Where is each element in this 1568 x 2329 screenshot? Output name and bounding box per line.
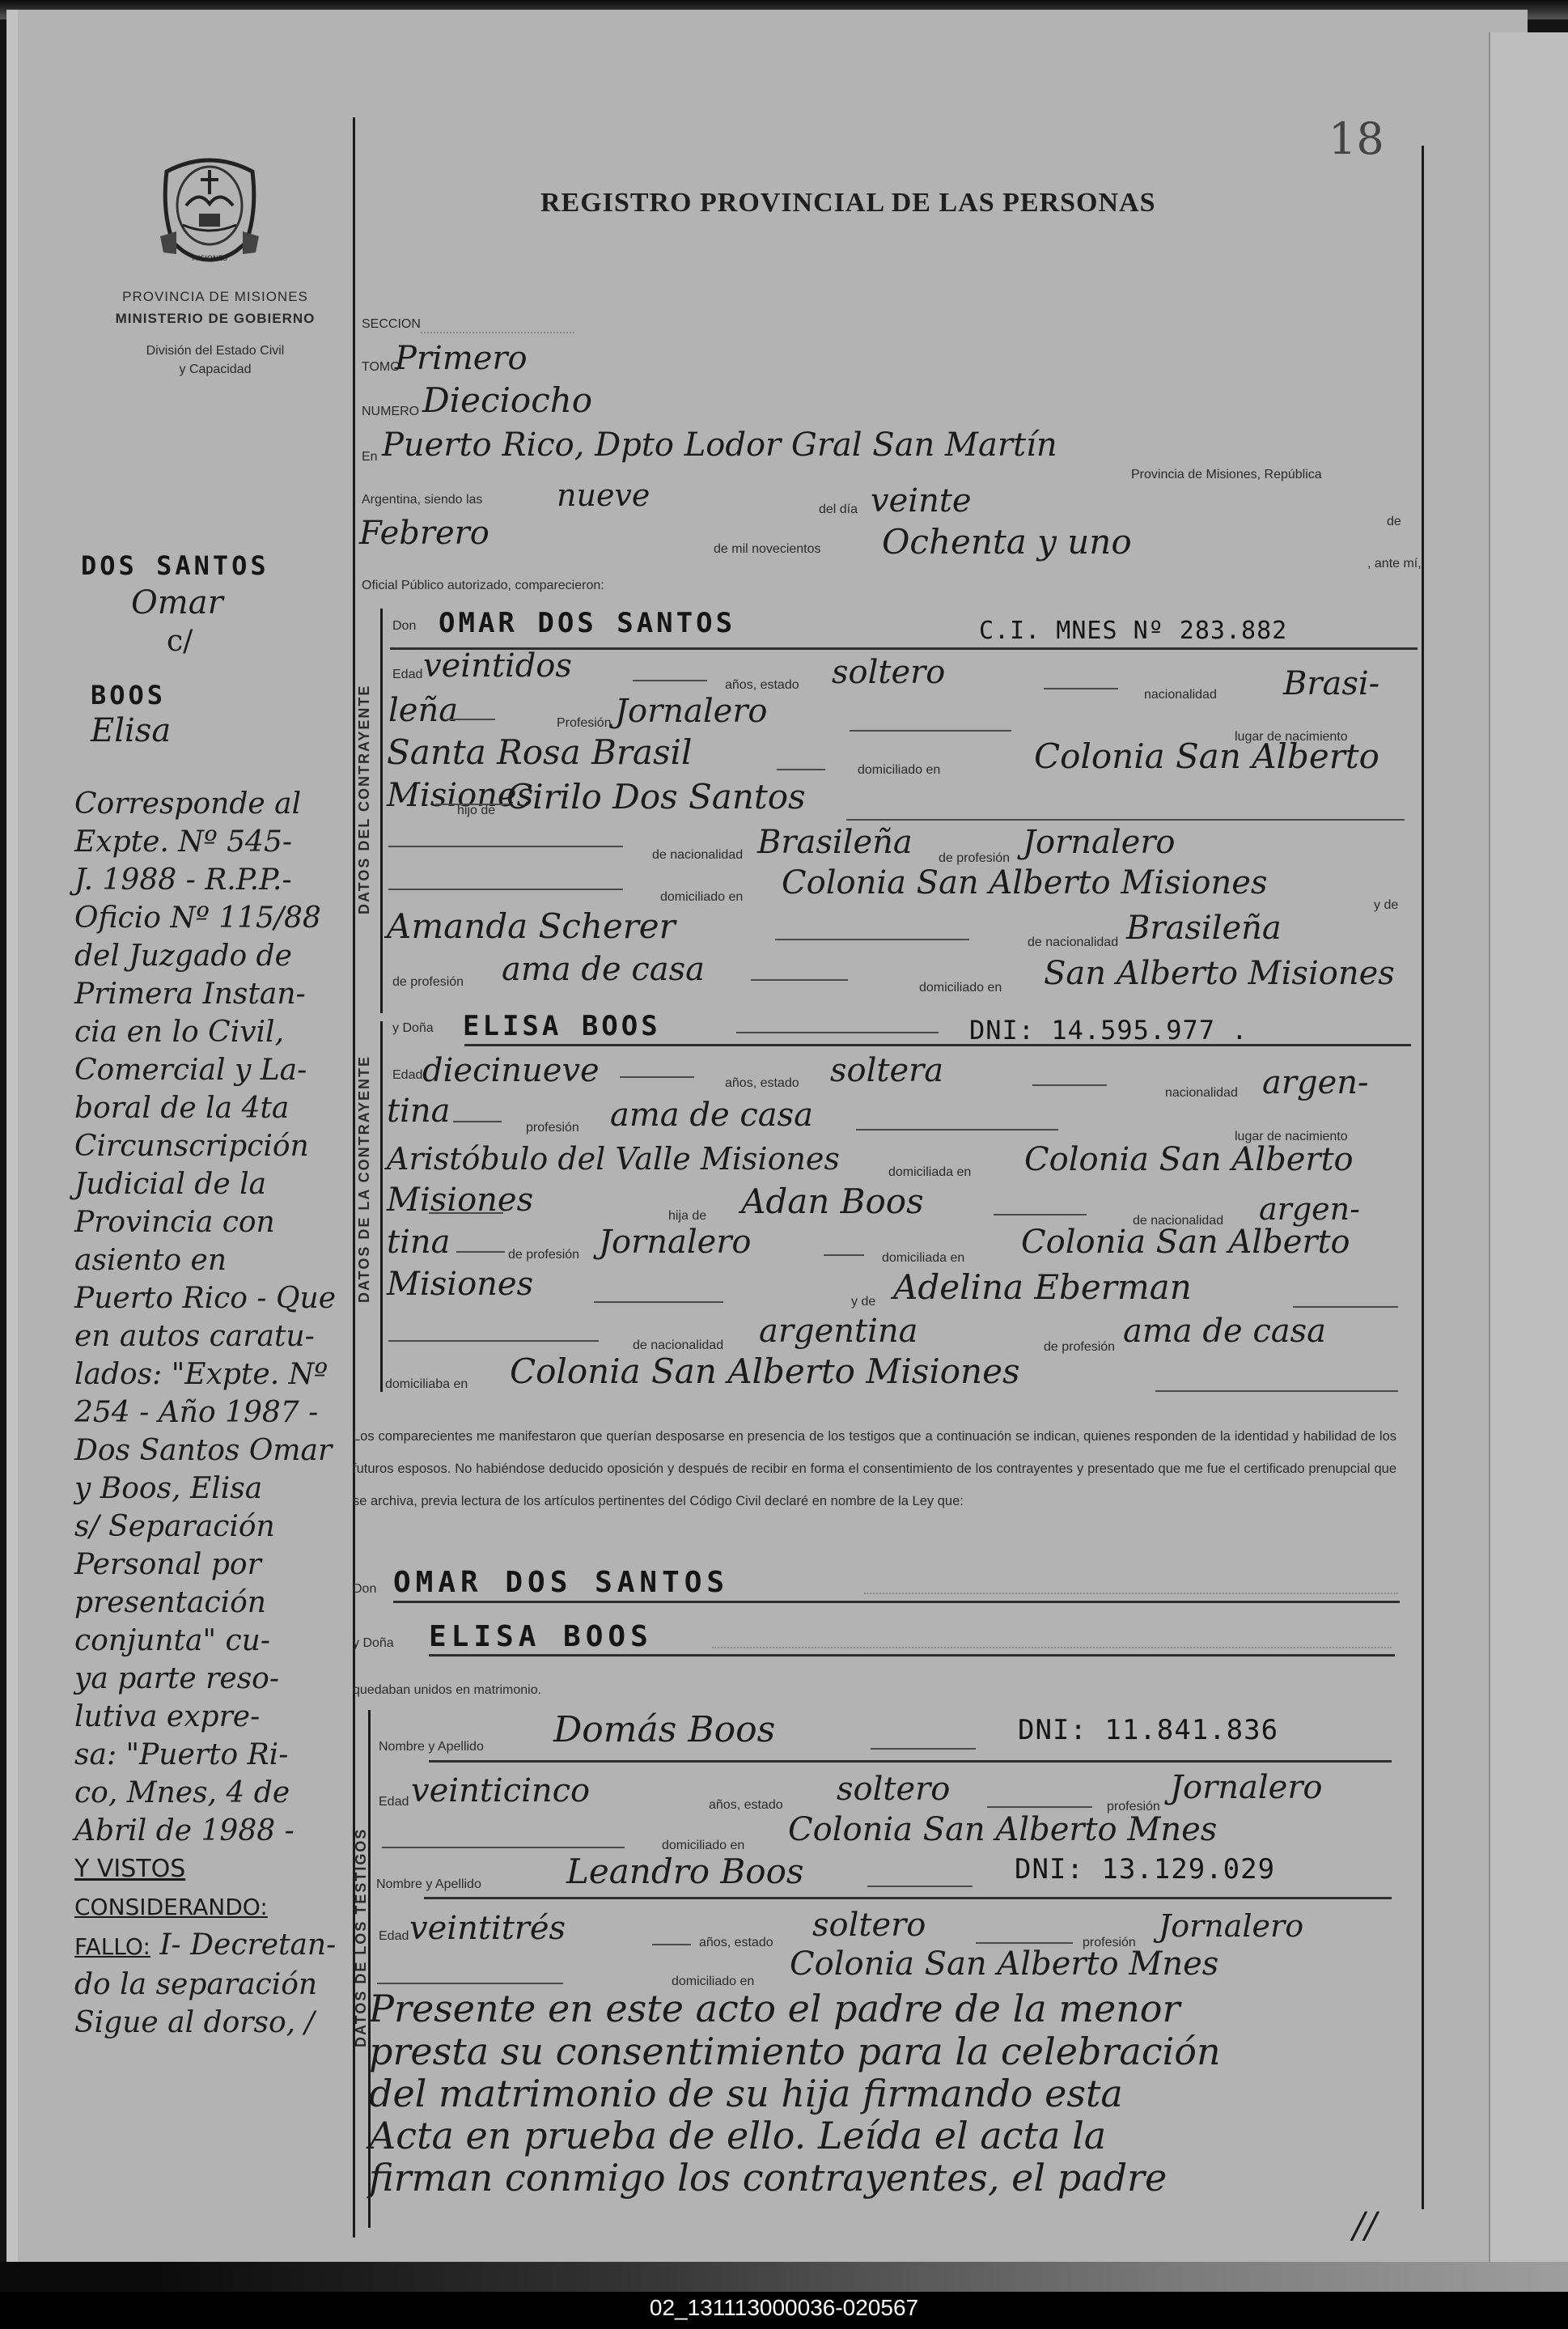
groom-section-label: DATOS DEL CONTRAYENTE bbox=[356, 685, 373, 914]
bride-profession: ama de casa bbox=[610, 1097, 813, 1134]
witness1-id: DNI: 11.841.836 bbox=[1018, 1714, 1278, 1746]
place-value: Puerto Rico, Dpto Lodor Gral San Martín bbox=[382, 426, 1057, 464]
bride-y-de-label: y de bbox=[851, 1295, 875, 1309]
witness1-anos-estado-label: años, estado bbox=[709, 1798, 783, 1813]
witness1-domicile: Colonia San Alberto Mnes bbox=[788, 1811, 1217, 1848]
margin-given-2: Elisa bbox=[91, 712, 171, 749]
bride-name-rule bbox=[464, 1044, 1411, 1046]
bride-hija-label: hija de bbox=[668, 1209, 706, 1224]
bride-father-dom-label: domiciliada en bbox=[882, 1251, 964, 1266]
witness1-name-rule bbox=[429, 1760, 1392, 1763]
en-label: En bbox=[362, 450, 378, 465]
bride-civil-status: soltera bbox=[830, 1052, 943, 1089]
adjacent-sheet-edge bbox=[1489, 32, 1568, 2266]
witness2-civil-status: soltero bbox=[812, 1907, 926, 1944]
svg-text:MISIONES: MISIONES bbox=[192, 255, 227, 263]
witness1-profession: Jornalero bbox=[1170, 1769, 1323, 1806]
groom-nationality-2: leña bbox=[388, 692, 458, 729]
groom-mother-dom-label: domiciliado en bbox=[919, 981, 1002, 995]
bride-id: DNI: 14.595.977 . bbox=[969, 1015, 1248, 1046]
margin-line: Dos Santos Omar bbox=[74, 1432, 341, 1470]
groom-don-label: Don bbox=[392, 619, 416, 634]
year-value: Ochenta y uno bbox=[882, 522, 1132, 562]
groom-mother-nationality: Brasileña bbox=[1126, 910, 1282, 947]
bride-father-profession: Jornalero bbox=[599, 1224, 752, 1261]
decl-closing: quedaban unidos en matrimonio. bbox=[353, 1683, 541, 1698]
witness2-dom-lead bbox=[377, 1983, 563, 1984]
bride-father-nat-1: argen- bbox=[1259, 1191, 1360, 1227]
bride-anos-estado-label: años, estado bbox=[725, 1076, 799, 1091]
bride-domicile-1: Colonia San Alberto bbox=[1024, 1141, 1354, 1178]
margin-surname-1: DOS SANTOS bbox=[81, 550, 269, 581]
witness2-name: Leandro Boos bbox=[566, 1852, 803, 1891]
margin-line: conjunta" cu- bbox=[74, 1622, 341, 1660]
margin-line: Puerto Rico - Que bbox=[74, 1279, 341, 1317]
division-line-1: División del Estado Civil bbox=[78, 344, 353, 358]
groom-father-name: Cirilo Dos Santos bbox=[506, 777, 806, 817]
witness1-name-dash bbox=[871, 1748, 976, 1750]
groom-id: C.I. MNES Nº 283.882 bbox=[979, 617, 1287, 645]
groom-mother-dash bbox=[775, 939, 969, 940]
margin-line: Comercial y La- bbox=[74, 1051, 341, 1089]
argentina-text: Argentina, siendo las bbox=[362, 493, 482, 507]
seccion-field bbox=[421, 332, 574, 333]
margin-line: do la separación bbox=[74, 1966, 341, 2004]
bride-mother-domicile: Colonia San Alberto Misiones bbox=[510, 1351, 1020, 1391]
decl-dona-label: y Doña bbox=[353, 1636, 394, 1651]
witness2-domicile: Colonia San Alberto Mnes bbox=[790, 1945, 1218, 1983]
bride-section-line bbox=[380, 1021, 383, 1392]
groom-prof-dash bbox=[850, 730, 1011, 732]
year-prefix: de mil novecientos bbox=[714, 542, 821, 557]
witness2-edad-label: Edad bbox=[379, 1929, 409, 1944]
witness2-name-dash bbox=[867, 1886, 973, 1887]
numero-value: Dieciocho bbox=[422, 380, 592, 420]
ante-mi: , ante mí, bbox=[1367, 557, 1422, 571]
bride-father-prof-dash bbox=[824, 1254, 864, 1256]
witness2-age-dash bbox=[652, 1944, 691, 1945]
groom-mother-profession: ama de casa bbox=[502, 951, 705, 988]
margin-fallo: FALLO: bbox=[74, 1933, 150, 1960]
bride-nationality-1: argen- bbox=[1262, 1064, 1369, 1101]
margin-line: ya parte reso- bbox=[74, 1660, 341, 1698]
groom-name: OMAR DOS SANTOS bbox=[439, 607, 735, 639]
margin-line: Personal por bbox=[74, 1546, 341, 1584]
witness1-nombre-label: Nombre y Apellido bbox=[379, 1740, 484, 1754]
bride-mother-nationality: argentina bbox=[759, 1313, 917, 1350]
groom-hijo-label: hijo de bbox=[457, 804, 495, 818]
groom-age: veintidos bbox=[423, 647, 572, 685]
month-value: Febrero bbox=[359, 515, 489, 552]
note-line-5: firman conmigo los contrayentes, el padr… bbox=[369, 2156, 1167, 2200]
margin-line: Primera Instan- bbox=[74, 975, 341, 1013]
margin-vistos: Y VISTOS bbox=[74, 1850, 341, 1888]
witness2-age: veintitrés bbox=[409, 1910, 566, 1947]
note-continuation-mark: // bbox=[1353, 2205, 1377, 2246]
witness1-dom-lead bbox=[382, 1847, 625, 1848]
bride-nationality-2: tina bbox=[387, 1092, 450, 1130]
province-text: Provincia de Misiones, República bbox=[1131, 468, 1322, 482]
decl-bride-dots bbox=[712, 1647, 1392, 1648]
margin-considerando: CONSIDERANDO: bbox=[74, 1888, 341, 1926]
groom-profession: Jornalero bbox=[615, 693, 768, 730]
bride-age-dash bbox=[620, 1076, 694, 1078]
decl-don-label: Don bbox=[353, 1582, 376, 1597]
groom-birthplace: Santa Rosa Brasil bbox=[387, 732, 692, 772]
groom-civil-status: soltero bbox=[832, 654, 945, 691]
groom-anos-estado-label: años, estado bbox=[725, 678, 799, 693]
division-line-2: y Capacidad bbox=[78, 363, 353, 377]
page-number: 18 bbox=[1329, 113, 1384, 164]
groom-nat-dash bbox=[447, 719, 495, 720]
bride-father-dom-dash bbox=[594, 1301, 723, 1303]
groom-father-dom-label: domiciliado en bbox=[660, 890, 743, 905]
witness1-edad-label: Edad bbox=[379, 1795, 409, 1809]
margin-annotation: Corresponde al Expte. Nº 545- J. 1988 - … bbox=[74, 785, 341, 2042]
margin-line: asiento en bbox=[74, 1241, 341, 1279]
decl-groom-name: OMAR DOS SANTOS bbox=[393, 1566, 729, 1599]
scan-bottom-shadow bbox=[0, 2262, 1568, 2294]
margin-line: Corresponde al bbox=[74, 785, 341, 823]
bride-domiciliaba-label: domiciliaba en bbox=[385, 1377, 468, 1392]
margin-line: cia en lo Civil, bbox=[74, 1013, 341, 1051]
margin-surname-2: BOOS bbox=[91, 680, 166, 711]
oficial-text: Oficial Público autorizado, compareciero… bbox=[362, 579, 604, 593]
scan-identifier: 02_131113000036-020567 bbox=[0, 2295, 1568, 2321]
margin-connector: c/ bbox=[167, 625, 193, 658]
groom-edad-label: Edad bbox=[392, 668, 422, 682]
groom-domicilio-label: domiciliado en bbox=[858, 763, 940, 778]
seccion-label: SECCION bbox=[362, 317, 421, 332]
groom-mother-prof-dash bbox=[751, 979, 848, 981]
groom-mother-name: Amanda Scherer bbox=[387, 906, 676, 946]
right-frame-line bbox=[1422, 146, 1424, 2209]
margin-line: sa: "Puerto Ri- bbox=[74, 1736, 341, 1774]
margin-line: J. 1988 - R.P.P.- bbox=[74, 861, 341, 899]
margin-line: presentación bbox=[74, 1584, 341, 1622]
margin-line: lados: "Expte. Nº bbox=[74, 1355, 341, 1394]
page-binding-edge bbox=[6, 10, 18, 2267]
document-title: REGISTRO PROVINCIAL DE LAS PERSONAS bbox=[540, 188, 1156, 218]
de-label: de bbox=[1387, 515, 1401, 529]
groom-mother-prof-label: de profesión bbox=[392, 975, 464, 990]
bride-birthplace: Aristóbulo del Valle Misiones bbox=[387, 1141, 840, 1177]
witness1-name: Domás Boos bbox=[553, 1709, 775, 1750]
bride-name-dash bbox=[736, 1032, 939, 1033]
hour-value: nueve bbox=[557, 477, 650, 513]
declaration-paragraph: Los comparecientes me manifestaron que q… bbox=[353, 1420, 1396, 1517]
groom-father-domicile: Colonia San Alberto Misiones bbox=[782, 864, 1267, 901]
witness-section-label: DATOS DE LOS TESTIGOS bbox=[353, 1828, 370, 2047]
groom-y-de-label: y de bbox=[1374, 898, 1398, 913]
witness1-age: veinticinco bbox=[411, 1772, 590, 1809]
witness2-status-dash bbox=[976, 1942, 1073, 1944]
bride-mother-prof-label: de profesión bbox=[1044, 1340, 1115, 1355]
margin-line: y Boos, Elisa bbox=[74, 1470, 341, 1508]
bride-father-domicile-1: Colonia San Alberto bbox=[1021, 1224, 1350, 1261]
witness2-nombre-label: Nombre y Apellido bbox=[376, 1877, 481, 1892]
bride-dom-dash bbox=[429, 1212, 503, 1214]
bride-nacionalidad-label: nacionalidad bbox=[1165, 1086, 1238, 1101]
bride-edad-label: Edad bbox=[392, 1068, 422, 1083]
bride-profesion-label: profesión bbox=[526, 1121, 579, 1135]
margin-line: Abril de 1988 - bbox=[74, 1812, 341, 1850]
bride-father-dash bbox=[994, 1214, 1087, 1215]
groom-status-dash bbox=[1044, 688, 1118, 689]
groom-nationality-1: Brasi- bbox=[1283, 665, 1379, 702]
witness2-name-rule bbox=[424, 1897, 1392, 1899]
bride-nat-dash bbox=[453, 1121, 502, 1122]
numero-label: NUMERO bbox=[362, 405, 419, 419]
groom-domicile-1: Colonia San Alberto bbox=[1034, 736, 1379, 776]
margin-line: lutiva expre- bbox=[74, 1698, 341, 1736]
groom-father-nationality: Brasileña bbox=[757, 824, 913, 861]
province-name: PROVINCIA DE MISIONES bbox=[78, 289, 353, 305]
margin-line: en autos caratu- bbox=[74, 1317, 341, 1355]
bride-dona-label: y Doña bbox=[392, 1021, 434, 1036]
groom-mother-nat-label: de nacionalidad bbox=[1028, 935, 1118, 950]
bride-father-nat-dash bbox=[456, 1251, 505, 1253]
witness2-profession: Jornalero bbox=[1159, 1908, 1303, 1944]
bride-father-nat-2: tina bbox=[387, 1224, 450, 1261]
groom-mother-domicile: San Alberto Misiones bbox=[1044, 955, 1395, 992]
decl-bride-rule bbox=[429, 1654, 1395, 1657]
bride-father-domicile-2: Misiones bbox=[387, 1266, 533, 1303]
decl-bride-name: ELISA BOOS bbox=[429, 1620, 653, 1653]
decl-groom-dots bbox=[864, 1593, 1398, 1594]
margin-line: Oficio Nº 115/88 bbox=[74, 899, 341, 937]
note-line-2: presta su consentimiento para la celebra… bbox=[369, 2030, 1221, 2073]
bride-prof-dash bbox=[856, 1129, 1058, 1131]
margin-line: Sigue al dorso, / bbox=[74, 2004, 341, 2042]
groom-age-dash bbox=[633, 680, 707, 681]
groom-profesion-label: Profesión bbox=[557, 716, 612, 731]
bride-father-prof-label: de profesión bbox=[508, 1248, 579, 1262]
decl-groom-rule bbox=[393, 1601, 1400, 1603]
groom-nacionalidad-label: nacionalidad bbox=[1144, 688, 1217, 702]
witness2-anos-estado-label: años, estado bbox=[699, 1936, 773, 1950]
bride-mother-dash bbox=[1293, 1306, 1398, 1308]
bride-father-name: Adan Boos bbox=[741, 1181, 924, 1221]
margin-line: s/ Separación bbox=[74, 1508, 341, 1546]
groom-birth-dash bbox=[777, 769, 825, 770]
margin-line: Judicial de la bbox=[74, 1165, 341, 1203]
ministry-name: MINISTERIO DE GOBIERNO bbox=[78, 311, 353, 327]
margin-line: 254 - Año 1987 - bbox=[74, 1394, 341, 1432]
margin-line: Expte. Nº 545- bbox=[74, 823, 341, 861]
margin-given-1: Omar bbox=[131, 584, 223, 621]
groom-section-line bbox=[380, 609, 383, 1013]
bride-section-label: DATOS DE LA CONTRAYENTE bbox=[356, 1055, 373, 1303]
bride-name: ELISA BOOS bbox=[463, 1010, 661, 1042]
margin-line: del Juzgado de bbox=[74, 937, 341, 975]
margin-line: co, Mnes, 4 de bbox=[74, 1774, 341, 1812]
groom-father-dash bbox=[846, 819, 1405, 821]
groom-father-nat-lead bbox=[388, 846, 623, 847]
margin-line: boral de la 4ta bbox=[74, 1089, 341, 1127]
del-dia-label: del día bbox=[819, 503, 858, 517]
note-line-3: del matrimonio de su hija firmando esta bbox=[369, 2072, 1123, 2115]
groom-father-profession: Jornalero bbox=[1023, 824, 1176, 861]
bride-mother-nat-lead bbox=[388, 1340, 599, 1342]
bride-mother-name: Adelina Eberman bbox=[893, 1267, 1192, 1307]
witness1-civil-status: soltero bbox=[837, 1771, 950, 1808]
margin-fallo-text: I- Decretan- bbox=[159, 1928, 336, 1962]
margin-line: Provincia con bbox=[74, 1203, 341, 1241]
groom-father-nat-label: de nacionalidad bbox=[652, 848, 743, 863]
groom-father-dom-lead bbox=[388, 889, 623, 890]
margin-line: Circunscripción bbox=[74, 1127, 341, 1165]
provincial-seal-icon: MISIONES bbox=[159, 147, 261, 269]
note-line-1: Presente en este acto el padre de la men… bbox=[369, 1987, 1180, 2030]
bride-age: diecinueve bbox=[422, 1052, 600, 1089]
witness2-id: DNI: 13.129.029 bbox=[1015, 1853, 1275, 1886]
tomo-value: Primero bbox=[395, 340, 528, 377]
day-value: veinte bbox=[871, 482, 972, 520]
bride-mother-dom-dash bbox=[1155, 1390, 1398, 1392]
note-line-4: Acta en prueba de ello. Leída el acta la bbox=[369, 2114, 1106, 2157]
bride-mother-profession: ama de casa bbox=[1123, 1313, 1326, 1350]
witness1-status-dash bbox=[987, 1806, 1092, 1808]
bride-status-dash bbox=[1032, 1084, 1107, 1086]
bride-domicilio-label: domiciliada en bbox=[888, 1165, 971, 1180]
